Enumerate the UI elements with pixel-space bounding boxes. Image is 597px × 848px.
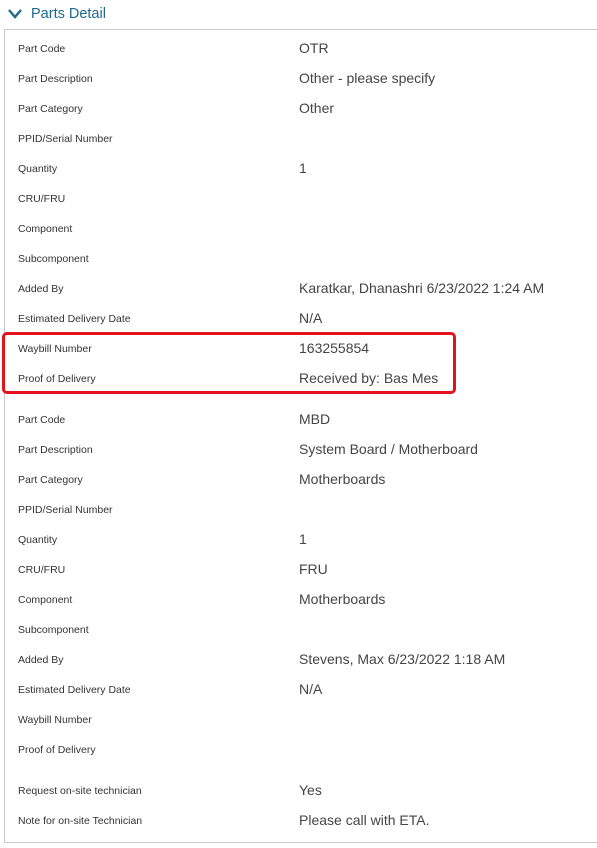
field-value: Stevens, Max 6/23/2022 1:18 AM [299, 651, 505, 667]
field-value: Please call with ETA. [299, 812, 429, 828]
field-label: Added By [18, 654, 64, 666]
field-value: OTR [299, 40, 329, 56]
highlight-box [2, 332, 456, 394]
field-value: Motherboards [299, 471, 385, 487]
field-label: Waybill Number [18, 714, 92, 726]
field-label: PPID/Serial Number [18, 133, 113, 145]
detail-row: Part CodeMBD [5, 406, 597, 436]
detail-row: Quantity1 [5, 526, 597, 556]
field-label: Part Category [18, 103, 83, 115]
detail-row: Part CategoryMotherboards [5, 466, 597, 496]
field-value: 1 [299, 160, 307, 176]
field-value: Motherboards [299, 591, 385, 607]
section-title: Parts Detail [31, 6, 106, 22]
detail-row: Subcomponent [5, 616, 597, 646]
detail-row: Quantity1 [5, 155, 597, 185]
detail-row: Added ByStevens, Max 6/23/2022 1:18 AM [5, 646, 597, 676]
field-value: FRU [299, 561, 328, 577]
field-label: Subcomponent [18, 624, 89, 636]
field-value: Karatkar, Dhanashri 6/23/2022 1:24 AM [299, 280, 544, 296]
field-label: Proof of Delivery [18, 744, 96, 756]
detail-row: Note for on-site TechnicianPlease call w… [5, 807, 597, 837]
field-value: 1 [299, 531, 307, 547]
field-label: Note for on-site Technician [18, 815, 142, 827]
field-label: Part Description [18, 73, 93, 85]
field-value: Other [299, 100, 334, 116]
field-value: MBD [299, 411, 330, 427]
field-label: CRU/FRU [18, 564, 65, 576]
detail-row: Part CategoryOther [5, 95, 597, 125]
field-label: Subcomponent [18, 253, 89, 265]
chevron-down-icon[interactable] [7, 8, 23, 20]
field-label: PPID/Serial Number [18, 504, 113, 516]
field-label: Quantity [18, 163, 57, 175]
detail-row: Added ByKaratkar, Dhanashri 6/23/2022 1:… [5, 275, 597, 305]
field-label: Estimated Delivery Date [18, 684, 131, 696]
detail-row: CRU/FRU [5, 185, 597, 215]
field-label: Part Code [18, 43, 65, 55]
detail-row: Subcomponent [5, 245, 597, 275]
detail-row: Proof of Delivery [5, 736, 597, 766]
detail-row: Request on-site technicianYes [5, 777, 597, 807]
detail-row: ComponentMotherboards [5, 586, 597, 616]
detail-row: Part CodeOTR [5, 35, 597, 65]
detail-row: PPID/Serial Number [5, 125, 597, 155]
field-label: CRU/FRU [18, 193, 65, 205]
field-label: Component [18, 223, 72, 235]
field-value: N/A [299, 681, 322, 697]
field-label: Request on-site technician [18, 785, 142, 797]
parts-detail-panel: Part CodeOTRPart DescriptionOther - plea… [4, 29, 597, 843]
field-label: Part Code [18, 414, 65, 426]
detail-row: CRU/FRUFRU [5, 556, 597, 586]
detail-row: Part DescriptionOther - please specify [5, 65, 597, 95]
detail-row: Waybill Number [5, 706, 597, 736]
field-label: Part Category [18, 474, 83, 486]
detail-row: Estimated Delivery DateN/A [5, 305, 597, 335]
field-label: Added By [18, 283, 64, 295]
detail-row: Estimated Delivery DateN/A [5, 676, 597, 706]
field-label: Component [18, 594, 72, 606]
field-value: Yes [299, 782, 322, 798]
field-value: Other - please specify [299, 70, 435, 86]
field-label: Part Description [18, 444, 93, 456]
detail-row: Component [5, 215, 597, 245]
field-value: System Board / Motherboard [299, 441, 478, 457]
field-label: Quantity [18, 534, 57, 546]
field-label: Estimated Delivery Date [18, 313, 131, 325]
detail-row: Part DescriptionSystem Board / Motherboa… [5, 436, 597, 466]
field-value: N/A [299, 310, 322, 326]
detail-row: PPID/Serial Number [5, 496, 597, 526]
parts-detail-header[interactable]: Parts Detail [0, 0, 597, 30]
